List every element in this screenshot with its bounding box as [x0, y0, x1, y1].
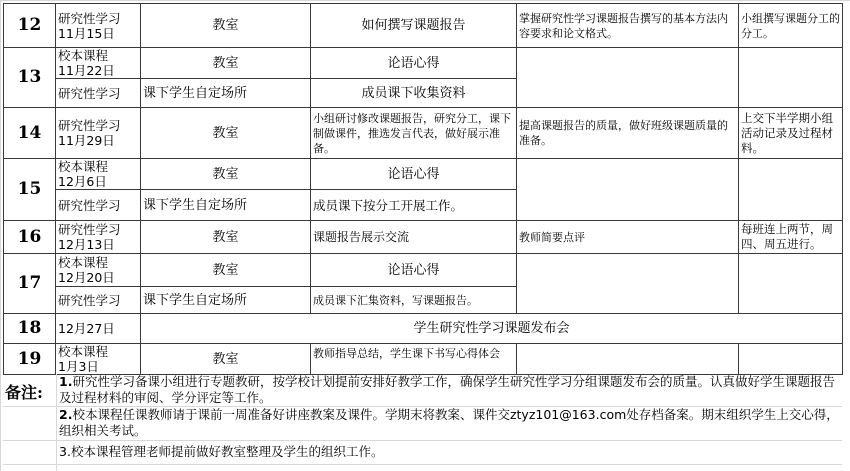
week-number: 13 [4, 48, 56, 108]
location[interactable]: 教室 [141, 4, 311, 48]
course-type-date[interactable]: 研究性学习 11月29日 [56, 108, 141, 159]
week-number: 16 [4, 221, 56, 254]
week-number: 14 [4, 108, 56, 159]
location[interactable]: 教室 [141, 159, 311, 190]
goal[interactable] [517, 48, 739, 108]
goal[interactable] [517, 159, 739, 221]
topic[interactable]: 论语心得 [311, 159, 517, 190]
remark-row: 2.校本课程任课教师请于课前一周准备好讲座教案及课件。学期末将教案、课件交zty… [3, 406, 842, 441]
table-row: 14 研究性学习 11月29日 教室 小组研讨修改课题报告，研究分工，课下制做课… [4, 108, 843, 159]
remark-row: 备注: 1.研究性学习备课小组进行专题教研，按学校计划提前安排好教学工作，确保学… [3, 374, 842, 407]
location[interactable]: 教室 [141, 108, 311, 159]
course-type-date[interactable]: 校本课程 1月3日 [56, 344, 141, 375]
course-type[interactable]: 研究性学习 [56, 287, 141, 314]
topic[interactable]: 成员课下按分工开展工作。 [311, 190, 517, 221]
remark[interactable]: 上交下半学期小组活动记录及过程材料。 [739, 108, 843, 159]
topic[interactable]: 成员课下收集资料 [311, 79, 517, 108]
course-type-date[interactable]: 研究性学习 12月13日 [56, 221, 141, 254]
goal[interactable] [517, 344, 739, 375]
spreadsheet: 12 研究性学习 11月15日 教室 如何撰写课题报告 掌握研究性学习课题报告撰… [0, 0, 850, 471]
goal[interactable] [517, 254, 739, 314]
course-type[interactable]: 研究性学习 [56, 79, 141, 108]
goal[interactable]: 掌握研究性学习课题报告撰写的基本方法内容要求和论文格式。 [517, 4, 739, 48]
remark-item[interactable]: 2.校本课程任课教师请于课前一周准备好讲座教案及课件。学期末将教案、课件交zty… [59, 407, 839, 439]
week-number: 15 [4, 159, 56, 221]
course-type-date[interactable]: 研究性学习 11月15日 [56, 4, 141, 48]
course-type-date[interactable]: 校本课程 11月22日 [56, 48, 141, 79]
location[interactable]: 教室 [141, 344, 311, 375]
topic[interactable]: 教师指导总结，学生课下书写心得体会 [311, 344, 517, 375]
remark[interactable]: 小组撰写课题分工的分工。 [739, 4, 843, 48]
remarks-label: 备注: [5, 380, 43, 403]
table-row: 15 校本课程 12月6日 教室 论语心得 [4, 159, 843, 190]
goal[interactable]: 提高课题报告的质量，做好班级课题质量的准备。 [517, 108, 739, 159]
location[interactable]: 教室 [141, 48, 311, 79]
course-type-date[interactable]: 校本课程 12月6日 [56, 159, 141, 190]
remark[interactable] [739, 344, 843, 375]
goal[interactable]: 教师简要点评 [517, 221, 739, 254]
remark[interactable] [739, 254, 843, 314]
remark[interactable] [739, 48, 843, 108]
topic[interactable]: 论语心得 [311, 254, 517, 287]
topic[interactable]: 小组研讨修改课题报告，研究分工，课下制做课件，推选发言代表，做好展示准备。 [311, 108, 517, 159]
topic[interactable]: 如何撰写课题报告 [311, 4, 517, 48]
week-number: 17 [4, 254, 56, 314]
table-row: 17 校本课程 12月20日 教室 论语心得 [4, 254, 843, 287]
remark[interactable] [739, 159, 843, 221]
table-row: 19 校本课程 1月3日 教室 教师指导总结，学生课下书写心得体会 [4, 344, 843, 375]
table-row: 13 校本课程 11月22日 教室 论语心得 [4, 48, 843, 79]
location[interactable]: 课下学生自定场所 [141, 79, 311, 108]
location[interactable]: 教室 [141, 221, 311, 254]
course-type[interactable]: 研究性学习 [56, 190, 141, 221]
remark-item[interactable]: 1.研究性学习备课小组进行专题教研，按学校计划提前安排好教学工作，确保学生研究性… [59, 374, 839, 406]
remark-row: 3.校本课程管理老师提前做好教室整理及学生的组织工作。 [3, 440, 842, 465]
topic[interactable]: 课题报告展示交流 [311, 221, 517, 254]
week-number: 12 [4, 4, 56, 48]
schedule-table: 12 研究性学习 11月15日 教室 如何撰写课题报告 掌握研究性学习课题报告撰… [3, 3, 843, 375]
topic[interactable]: 论语心得 [311, 48, 517, 79]
location[interactable]: 教室 [141, 254, 311, 287]
remark[interactable]: 每班连上两节，周四、周五进行。 [739, 221, 843, 254]
week-number: 18 [4, 314, 56, 344]
event-banner[interactable]: 学生研究性学习课题发布会 [141, 314, 843, 344]
course-type-date[interactable]: 校本课程 12月20日 [56, 254, 141, 287]
week-number: 19 [4, 344, 56, 375]
table-row: 16 研究性学习 12月13日 教室 课题报告展示交流 教师简要点评 每班连上两… [4, 221, 843, 254]
location[interactable]: 课下学生自定场所 [141, 190, 311, 221]
table-row: 12 研究性学习 11月15日 教室 如何撰写课题报告 掌握研究性学习课题报告撰… [4, 4, 843, 48]
location[interactable]: 课下学生自定场所 [141, 287, 311, 314]
date[interactable]: 12月27日 [56, 314, 141, 344]
topic[interactable]: 成员课下汇集资料，写课题报告。 [311, 287, 517, 314]
table-row: 18 12月27日 学生研究性学习课题发布会 [4, 314, 843, 344]
remark-item[interactable]: 3.校本课程管理老师提前做好教室整理及学生的组织工作。 [59, 444, 839, 460]
